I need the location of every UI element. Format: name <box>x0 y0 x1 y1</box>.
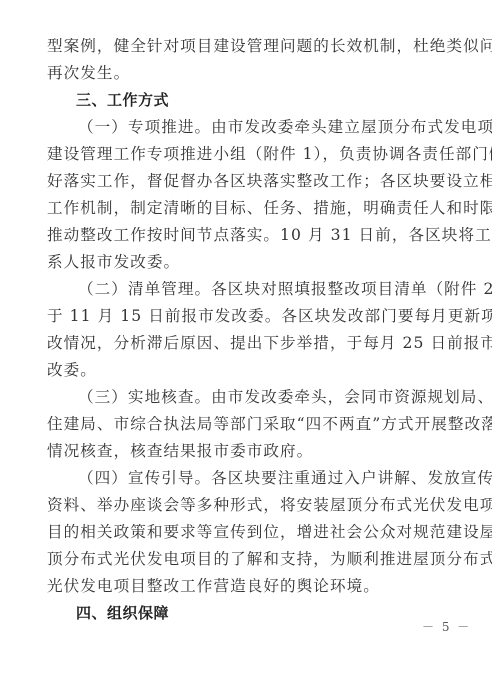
body-line: 住建局、市综合执法局等部门采取“四不两直”方式开展整改落实 <box>47 411 447 438</box>
body-line: 推动整改工作按时间节点落实。10 月 31 日前，各区块将工作联 <box>47 222 447 249</box>
body-line: 情况核查，核查结果报市委市政府。 <box>47 438 447 465</box>
body-line: 系人报市发改委。 <box>47 249 447 276</box>
page-number: － 5 － <box>422 618 471 635</box>
body-line: 资料、举办座谈会等多种形式，将安装屋顶分布式光伏发电项 <box>47 492 447 519</box>
body-line: 型案例，健全针对项目建设管理问题的长效机制，杜绝类似问题 <box>47 33 447 60</box>
body-line: 建设管理工作专项推进小组（附件 1），负责协调各责任部门做 <box>47 141 447 168</box>
document-page: 型案例，健全针对项目建设管理问题的长效机制，杜绝类似问题 再次发生。 三、工作方… <box>47 33 447 627</box>
body-line: 光伏发电项目整改工作营造良好的舆论环境。 <box>47 573 447 600</box>
paragraph-publicity-guidance: （四）宣传引导。各区块要注重通过入户讲解、发放宣传 <box>47 465 447 492</box>
body-line: 再次发生。 <box>47 60 447 87</box>
paragraph-field-verification: （三）实地核查。由市发改委牵头，会同市资源规划局、市 <box>47 384 447 411</box>
section-heading-work-methods: 三、工作方式 <box>47 87 447 114</box>
paragraph-special-promotion: （一）专项推进。由市发改委牵头建立屋顶分布式发电项目 <box>47 114 447 141</box>
body-line: 于 11 月 15 日前报市发改委。各区块发改部门要每月更新项目整 <box>47 303 447 330</box>
body-line: 好落实工作，督促督办各区块落实整改工作；各区块要设立相应 <box>47 168 447 195</box>
body-line: 目的相关政策和要求等宣传到位，增进社会公众对规范建设屋 <box>47 519 447 546</box>
body-line: 工作机制，制定清晰的目标、任务、措施，明确责任人和时限， <box>47 195 447 222</box>
paragraph-list-management: （二）清单管理。各区块对照填报整改项目清单（附件 2）， <box>47 276 447 303</box>
body-line: 改情况，分析滞后原因、提出下步举措，于每月 25 日前报市发 <box>47 330 447 357</box>
body-line: 改委。 <box>47 357 447 384</box>
section-heading-organizational-guarantee: 四、组织保障 <box>47 600 447 627</box>
body-line: 顶分布式光伏发电项目的了解和支持，为顺利推进屋顶分布式 <box>47 546 447 573</box>
